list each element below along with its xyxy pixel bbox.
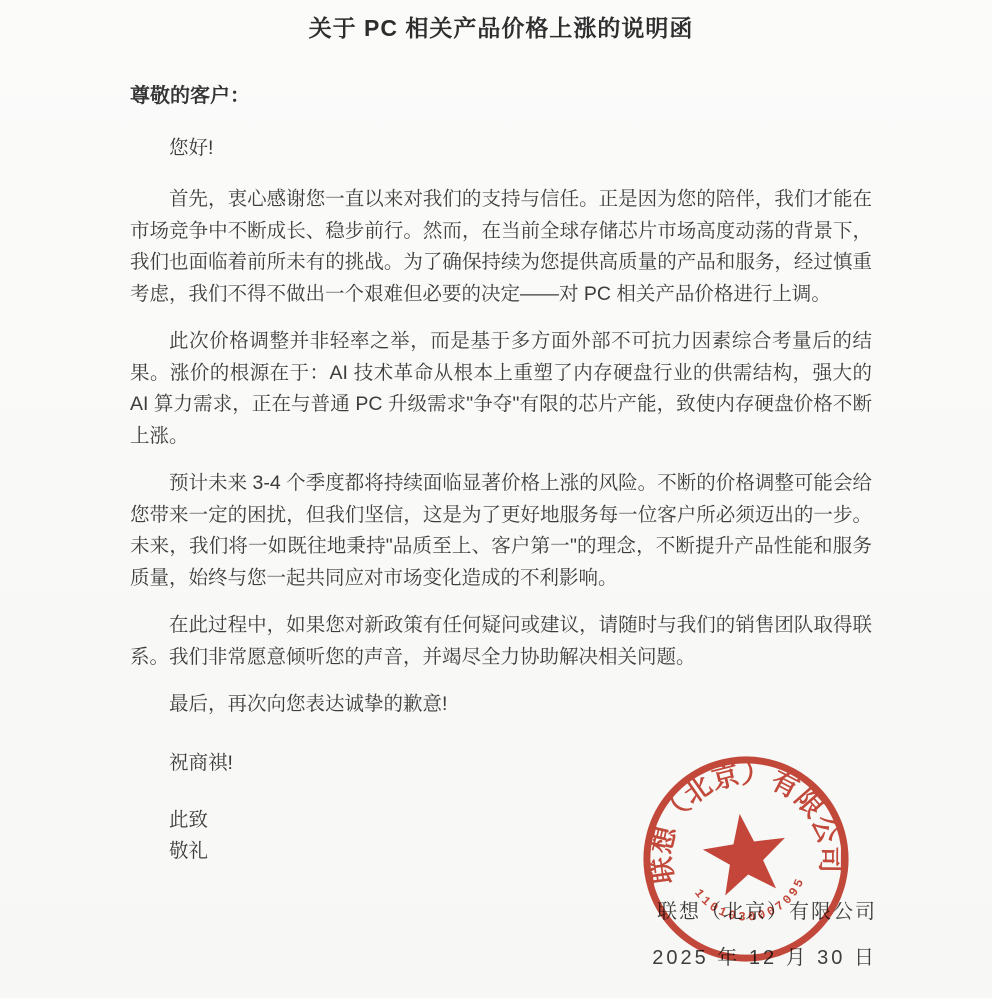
letter-title: 关于 PC 相关产品价格上涨的说明函 [130, 10, 872, 43]
greeting-line: 您好! [130, 132, 872, 160]
red-star-icon [699, 808, 792, 898]
seal-number: 1101030007095 [690, 872, 813, 932]
paragraph-4: 在此过程中，如果您对新政策有任何疑问或建议，请随时与我们的销售团队取得联系。我们… [130, 610, 872, 673]
svg-text:1101030007095: 1101030007095 [690, 872, 813, 932]
paragraph-3: 预计未来 3-4 个季度都将持续面临显著价格上涨的风险。不断的价格调整可能会给您… [130, 468, 872, 594]
letter-page: 关于 PC 相关产品价格上涨的说明函 尊敬的客户： 您好! 首先，衷心感谢您一直… [0, 0, 992, 998]
paragraph-1: 首先，衷心感谢您一直以来对我们的支持与信任。正是因为您的陪伴，我们才能在市场竞争… [130, 184, 872, 310]
paragraph-2: 此次价格调整并非轻率之举，而是基于多方面外部不可抗力因素综合考量后的结果。涨价的… [130, 326, 872, 452]
salutation: 尊敬的客户： [130, 79, 872, 108]
company-seal-stamp: 联想（北京）有限公司 1101030007095 [623, 736, 869, 982]
paragraph-5-apology: 最后，再次向您表达诚挚的歉意! [130, 689, 872, 721]
